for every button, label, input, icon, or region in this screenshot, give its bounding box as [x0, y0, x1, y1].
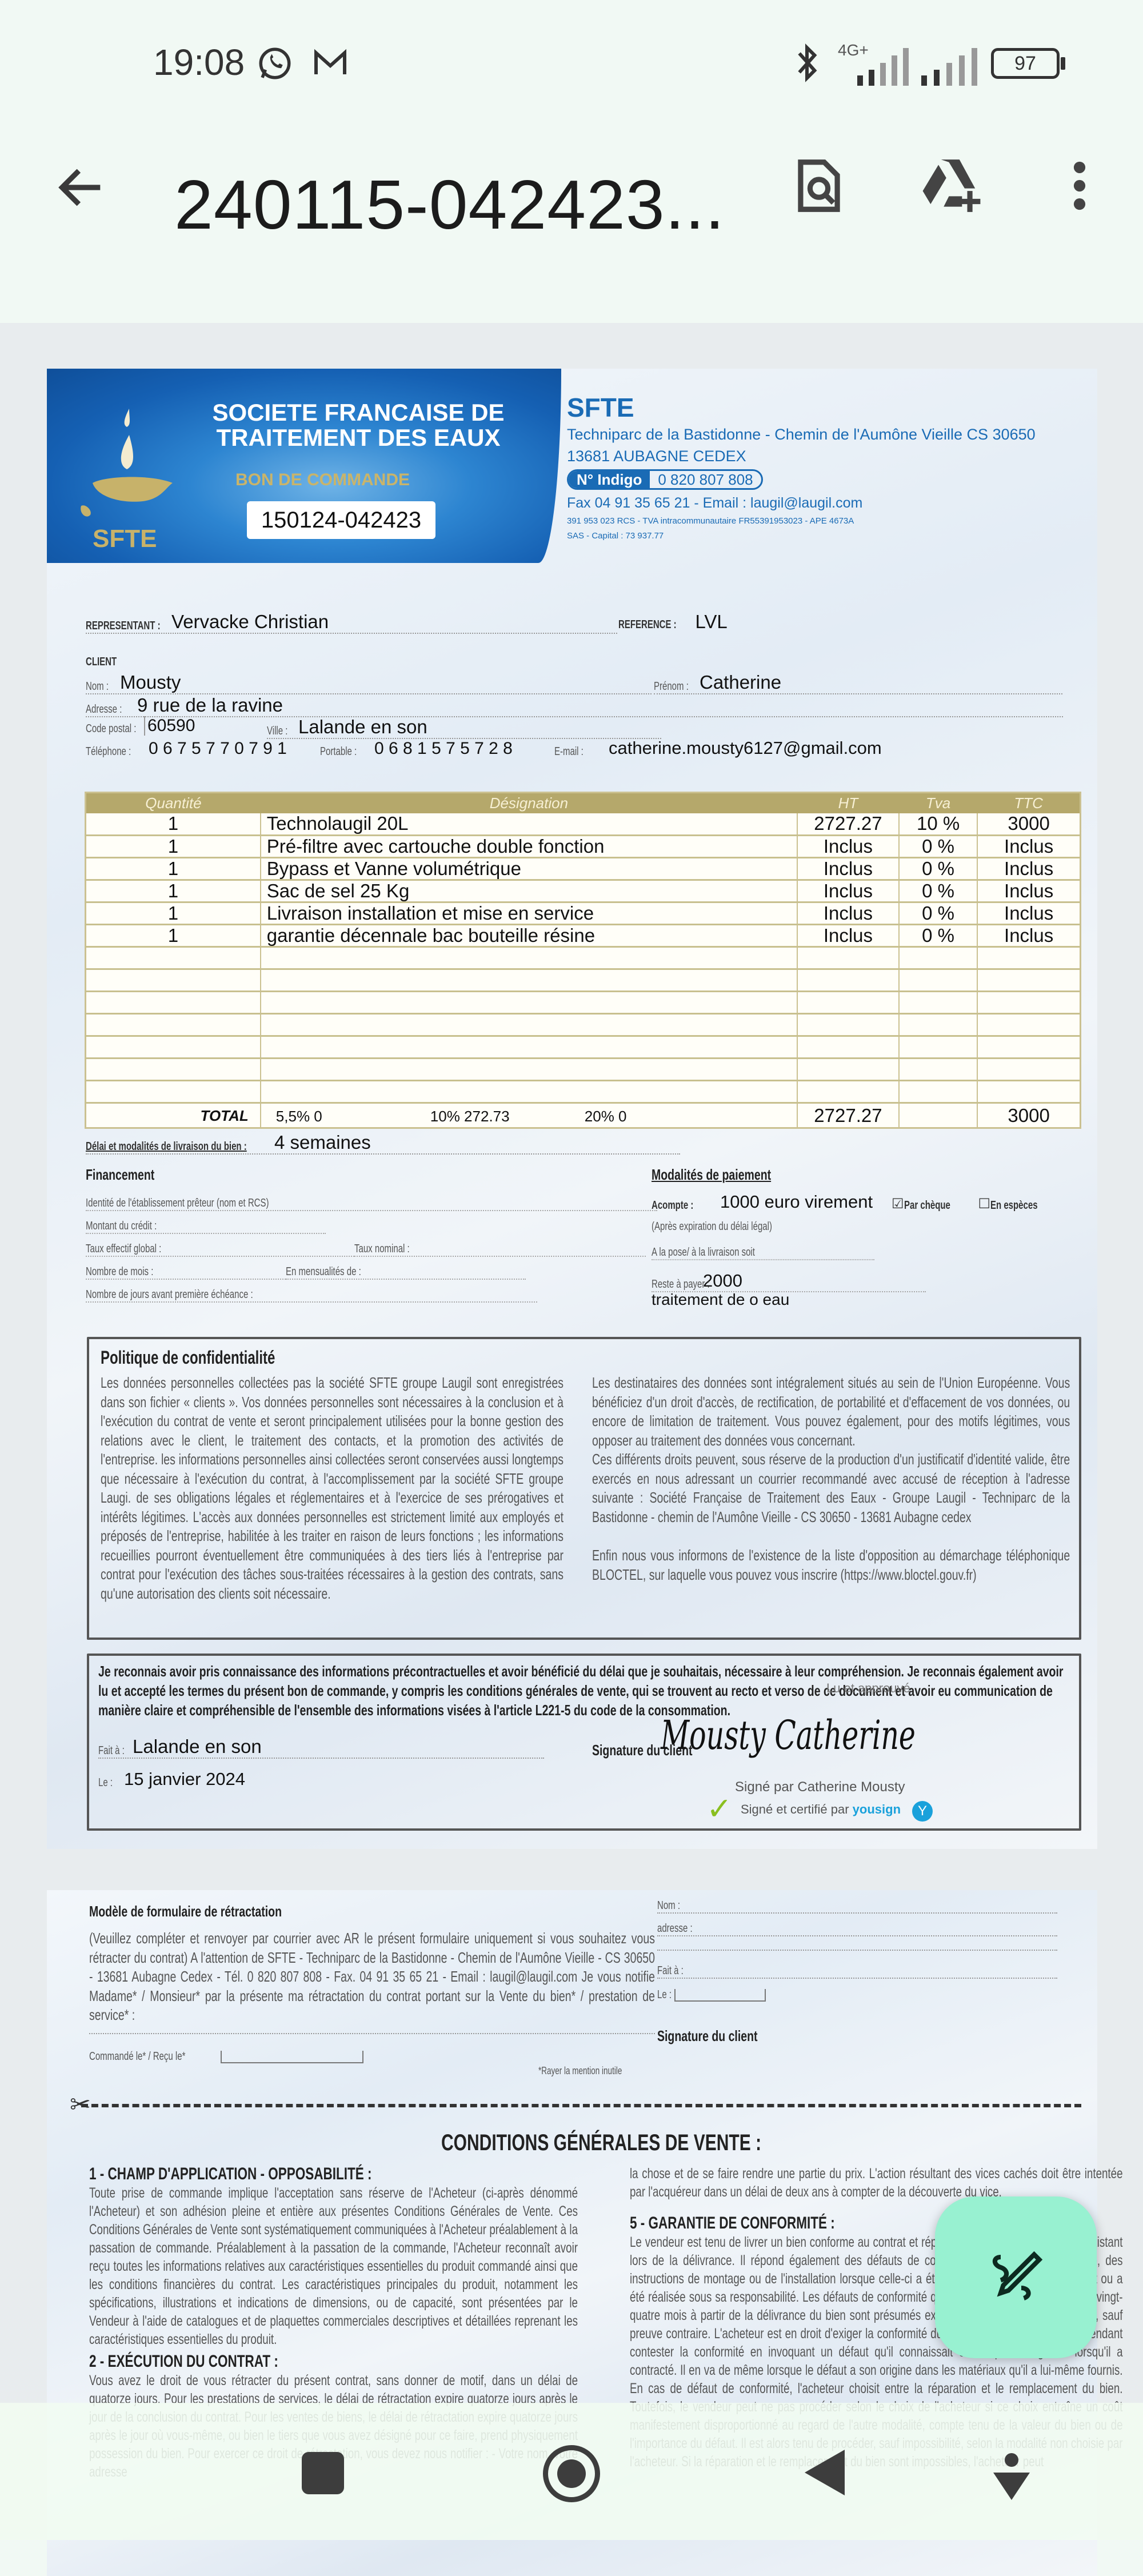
commande-label: Commandé le* / Reçu le* [89, 2050, 188, 2063]
retract-adresse-field[interactable]: adresse : [657, 1922, 1057, 1936]
privacy-box: Politique de confidentialité Les données… [87, 1337, 1081, 1640]
financement-row: Taux effectif global :Taux nominal : [86, 1234, 680, 1257]
empty-cell [977, 947, 1080, 969]
financement-field: Taux effectif global : [86, 1243, 354, 1257]
privacy-right: Les destinataires des données sont intég… [592, 1373, 1072, 1584]
fait-field: Fait à : Lalande en son [98, 1736, 544, 1759]
empty-cell [899, 1036, 977, 1059]
commande-date-field[interactable]: Commandé le* / Reçu le* [89, 2050, 363, 2063]
adresse-field: Adresse : 9 rue de la ravine [86, 694, 1063, 717]
battery-level: 97 [1014, 53, 1036, 75]
le-value: 15 janvier 2024 [124, 1769, 245, 1790]
ht-cell: Inclus [797, 858, 899, 880]
empty-cell [86, 1059, 261, 1081]
cgv-s1-text: Toute prise de commande implique l'accep… [89, 2184, 578, 2349]
tva-cell: 0 % [899, 858, 977, 880]
financement-label: Nombre de jours avant première échéance … [86, 1288, 253, 1301]
bluetooth-icon [796, 39, 818, 87]
empty-cell [899, 969, 977, 992]
signed-by-text: Signé par Catherine Mousty [735, 1779, 905, 1795]
legal-line1: 391 953 023 RCS - TVA intracommunautaire… [567, 514, 1036, 529]
retract-date-field[interactable]: Le : [657, 1988, 766, 2002]
email-label: E-mail : [554, 745, 595, 758]
financement-field: Montant du crédit : [86, 1220, 326, 1234]
nom-value: Mousty [120, 672, 181, 693]
order-number: 150124-042423 [247, 501, 435, 539]
fait-value: Lalande en son [133, 1736, 262, 1758]
qty-cell: 1 [86, 880, 261, 902]
status-bar: 19:08 4G+ 97 [0, 0, 1143, 126]
address-line2: 13681 AUBAGNE CEDEX [567, 445, 1036, 467]
empty-cell [977, 969, 1080, 992]
empty-cell [977, 1059, 1080, 1081]
financement-label: Montant du crédit : [86, 1220, 157, 1233]
portable-label: Portable : [320, 745, 361, 758]
apres-text: (Après expiration du délai légal) [652, 1220, 772, 1233]
yousign-logo-icon: Y [912, 1801, 933, 1822]
prenom-field: Prénom : Catherine [654, 672, 1062, 694]
financement-row: Identité de l'établissement prêteur (nom… [86, 1188, 680, 1211]
empty-cell [899, 1014, 977, 1036]
table-row-empty [86, 992, 1081, 1014]
ttc-cell: Inclus [977, 925, 1080, 947]
financement-field: En mensualités de : [286, 1265, 526, 1280]
adresse-value: 9 rue de la ravine [137, 694, 283, 716]
items-table: QuantitéDésignationHTTvaTTC 1Technolaugi… [85, 792, 1081, 1129]
total-ht-cell: 2727.27 [797, 1103, 899, 1128]
empty-cell [86, 969, 261, 992]
total-label: TOTAL [86, 1103, 261, 1128]
representant-value: Vervacke Christian [171, 611, 329, 633]
empty-cell [86, 1081, 261, 1103]
acompte-label: Acompte : [652, 1199, 703, 1212]
signal-icon [920, 47, 983, 87]
financement-title: Financement [86, 1166, 154, 1184]
empty-cell [977, 1036, 1080, 1059]
tva-cell: 0 % [899, 902, 977, 925]
especes-label: En espèces [990, 1199, 1038, 1212]
paiement-note: traitement de o eau [652, 1292, 1086, 1307]
empty-cell [797, 1014, 899, 1036]
privacy-left-text: Les données personnelles collectées pas … [101, 1373, 563, 1603]
table-header: QuantitéDésignationHTTvaTTC [86, 793, 1081, 813]
svg-text:SFTE: SFTE [93, 525, 157, 553]
client-signature: Mousty Catherine [661, 1712, 916, 1759]
tva-cell: 0 % [899, 925, 977, 947]
retract-le-label: Le : [657, 1988, 670, 2002]
financement-field: Nombre de jours avant première échéance … [86, 1288, 537, 1303]
acknowledgement-text: Je reconnais avoir pris connaissance des… [98, 1662, 1067, 1720]
table-row-empty [86, 1014, 1081, 1036]
empty-cell [797, 1036, 899, 1059]
financement-label: Taux effectif global : [86, 1243, 161, 1256]
financement-section: Financement Identité de l'établissement … [86, 1166, 680, 1303]
cheque-label: Par chèque [904, 1199, 960, 1212]
fait-label: Fait à : [98, 1744, 124, 1758]
search-document-icon[interactable] [788, 154, 850, 217]
financement-row: Montant du crédit : [86, 1211, 680, 1234]
empty-cell [899, 947, 977, 969]
empty-cell [797, 947, 899, 969]
retract-fait-label: Fait à : [657, 1964, 684, 1978]
signal-icon [840, 47, 914, 87]
cp-label: Code postal : [86, 722, 130, 736]
cut-line [81, 2104, 1081, 2107]
acknowledgement-box: Je reconnais avoir pris connaissance des… [87, 1654, 1081, 1831]
gmail-icon [313, 48, 347, 78]
navigation-bar [0, 2403, 1143, 2540]
ttc-cell: Inclus [977, 880, 1080, 902]
tva-cell: 0 % [899, 880, 977, 902]
document-page-1: SFTE SOCIETE FRANCAISE DE TRAITEMENT DES… [47, 369, 1097, 1849]
empty-cell [261, 947, 797, 969]
vat-amount: 5,5% 0 [261, 1106, 415, 1127]
table-row: 1Sac de sel 25 KgInclus0 %Inclus [86, 880, 1081, 902]
empty-cell [86, 947, 261, 969]
ttc-cell: Inclus [977, 902, 1080, 925]
empty-cell [797, 992, 899, 1014]
reference-label: REFERENCE : [618, 618, 674, 632]
cp-field: Code postal : 60590 [86, 716, 213, 736]
empty-cell [797, 1081, 899, 1103]
privacy-right-text-3: Enfin nous vous informons de l'existence… [592, 1546, 1070, 1584]
empty-cell [899, 1081, 977, 1103]
fax-email: Fax 04 91 35 65 21 - Email : laugil@laug… [567, 492, 1036, 514]
hide-keyboard-button[interactable] [993, 2453, 1030, 2505]
empty-cell [261, 1036, 797, 1059]
representant-field: REPRESENTANT : Vervacke Christian [86, 611, 617, 634]
company-name-line2: TRAITEMENT DES EAUX [155, 425, 561, 450]
designation-cell: Bypass et Vanne volumétrique [261, 858, 797, 880]
empty-cell [86, 1036, 261, 1059]
qty-cell: 1 [86, 858, 261, 880]
portable-value: 0 6 8 1 5 7 5 7 2 8 [374, 739, 554, 758]
table-row-empty [86, 1081, 1081, 1103]
back-button[interactable] [805, 2450, 845, 2495]
financement-field: Identité de l'établissement prêteur (nom… [86, 1197, 657, 1211]
reference-value: LVL [695, 611, 727, 632]
total-tva-cell [899, 1103, 977, 1128]
indigo-badge: N° Indigo0 820 807 808 [567, 469, 763, 490]
tel-value: 0 6 7 5 7 7 0 7 9 1 [149, 739, 320, 758]
qty-cell: 1 [86, 813, 261, 836]
ttc-cell: Inclus [977, 836, 1080, 858]
acompte-value: 1000 euro virement [720, 1192, 892, 1212]
paiement-section: Modalités de paiement Acompte : 1000 eur… [652, 1166, 1086, 1307]
add-to-drive-icon[interactable] [920, 154, 983, 217]
indigo-number: 0 820 807 808 [650, 469, 761, 490]
empty-cell [261, 992, 797, 1014]
empty-cell [977, 1081, 1080, 1103]
tva-cell: 0 % [899, 836, 977, 858]
table-body: 1Technolaugil 20L2727.2710 %30001Pré-fil… [86, 813, 1081, 1128]
ht-cell: Inclus [797, 880, 899, 902]
empty-cell [261, 969, 797, 992]
clock: 19:08 [153, 41, 245, 83]
paiement-title: Modalités de paiement [652, 1166, 771, 1184]
certified-text: Signé et certifié par yousign [741, 1802, 901, 1817]
cgv-s2-title: 2 - EXÉCUTION DU CONTRAT : [89, 2352, 278, 2371]
total-ttc-cell: 3000 [977, 1103, 1080, 1128]
delai-value: 4 semaines [274, 1132, 371, 1153]
scissors-icon: ✂ [70, 2090, 91, 2119]
retractation-line [89, 2033, 655, 2034]
representant-label: REPRESENTANT : [86, 620, 150, 633]
empty-cell [899, 992, 977, 1014]
privacy-right-text-2: Ces différents droits peuvent, sous rése… [592, 1450, 1070, 1527]
le-label: Le : [98, 1776, 118, 1790]
designation-cell: Livraison installation et mise en servic… [261, 902, 797, 925]
certified-label: Signé et certifié par [741, 1802, 849, 1816]
app-bar: 240115-042423... [0, 126, 1143, 323]
table-row: 1Livraison installation et mise en servi… [86, 902, 1081, 925]
retract-nom-label: Nom : [657, 1899, 680, 1912]
company-name-line1: SOCIETE FRANCAISE DE [155, 400, 561, 425]
financement-field: Taux nominal : [354, 1243, 646, 1257]
column-header: HT [797, 793, 899, 813]
home-dot-icon [557, 2459, 586, 2488]
privacy-right-text-1: Les destinataires des données sont intég… [592, 1373, 1070, 1450]
cheque-checkbox[interactable]: ☑ [892, 1196, 904, 1212]
home-button[interactable] [543, 2445, 600, 2502]
client-title: CLIENT [86, 656, 117, 669]
financement-row: Nombre de mois :En mensualités de : [86, 1257, 680, 1280]
ht-cell: Inclus [797, 925, 899, 947]
prenom-value: Catherine [700, 672, 781, 693]
financement-field: Nombre de mois : [86, 1265, 286, 1280]
whatsapp-icon [256, 45, 294, 82]
rayer-note: *Rayer la mention inutile [538, 2065, 622, 2077]
designation-cell: garantie décennale bac bouteille résine [261, 925, 797, 947]
qty-cell: 1 [86, 836, 261, 858]
privacy-title: Politique de confidentialité [101, 1347, 275, 1368]
cgv-s5-title: 5 - GARANTIE DE CONFORMITÉ : [630, 2214, 835, 2233]
table-row: 1Technolaugil 20L2727.2710 %3000 [86, 813, 1081, 836]
pose-label: A la pose/ à la livraison soit [652, 1246, 874, 1260]
checkmark-icon: ✓ [706, 1791, 732, 1827]
retractation-title: Modèle de formulaire de rétractation [89, 1903, 282, 1920]
empty-cell [261, 1081, 797, 1103]
yousign-brand: yousign [853, 1802, 901, 1816]
chevron-down-icon [993, 2473, 1030, 2500]
empty-cell [797, 1059, 899, 1081]
more-vert-icon[interactable] [1048, 154, 1111, 217]
doc-type: BON DE COMMANDE [235, 470, 410, 490]
nom-field: Nom : Mousty [86, 672, 652, 694]
empty-cell [899, 1059, 977, 1081]
address-line1: Techniparc de la Bastidonne - Chemin de … [567, 424, 1036, 445]
ttc-cell: 3000 [977, 813, 1080, 836]
legal-line2: SAS - Capital : 73 937.77 [567, 529, 1036, 544]
financement-label: En mensualités de : [286, 1265, 361, 1279]
signature-pen-icon [985, 2247, 1047, 2309]
retract-adresse-label: adresse : [657, 1922, 693, 1935]
vat-breakdown-cell: 5,5% 010% 272.7320% 0 [261, 1103, 797, 1128]
vat-amount: 10% 272.73 [415, 1106, 570, 1127]
ville-value: Lalande en son [298, 716, 427, 738]
fill-and-sign-button[interactable] [935, 2196, 1097, 2358]
designation-cell: Pré-filtre avec cartouche double fonctio… [261, 836, 797, 858]
ttc-cell: Inclus [977, 858, 1080, 880]
cgv-s4-text: la chose et de se faire rendre une parti… [630, 2164, 1123, 2201]
ht-cell: 2727.27 [797, 813, 899, 836]
retract-nom-field[interactable]: Nom : [657, 1899, 1057, 1914]
document-title: 240115-042423... [174, 165, 725, 245]
reference-field: REFERENCE : LVL [618, 611, 728, 633]
reste-label: Reste à payer : [652, 1278, 690, 1291]
column-header: TTC [977, 793, 1080, 813]
nom-label: Nom : [86, 680, 111, 693]
retract-signature-label: Signature du client [657, 2027, 758, 2045]
table-total-row: TOTAL5,5% 010% 272.7320% 02727.273000 [86, 1103, 1081, 1128]
retract-date-boxes[interactable] [674, 1989, 766, 2002]
empty-cell [86, 992, 261, 1014]
column-header: Quantité [86, 793, 261, 813]
cgv-title: CONDITIONS GÉNÉRALES DE VENTE : [441, 2130, 761, 2156]
tel-label: Téléphone : [86, 745, 133, 758]
dot-icon [1005, 2453, 1018, 2467]
ht-cell: Inclus [797, 902, 899, 925]
email-value: catherine.mousty6127@gmail.com [609, 738, 882, 758]
column-header: Tva [899, 793, 977, 813]
company-contact: SFTE Techniparc de la Bastidonne - Chemi… [567, 392, 1036, 544]
retract-adresse-line2[interactable] [657, 1950, 1057, 1951]
header-banner: SFTE SOCIETE FRANCAISE DE TRAITEMENT DES… [47, 369, 561, 563]
especes-checkbox[interactable]: ☐ [978, 1196, 991, 1212]
financement-label: Nombre de mois : [86, 1265, 153, 1279]
table-row: 1Bypass et Vanne volumétriqueInclus0 %In… [86, 858, 1081, 880]
company-name: SOCIETE FRANCAISE DE TRAITEMENT DES EAUX [47, 400, 561, 450]
brand: SFTE [567, 392, 1036, 424]
ville-field: Ville : Lalande en son [267, 716, 661, 739]
financement-label: Taux nominal : [354, 1243, 410, 1256]
lu-approuve-text: Lu et approuvé [826, 1681, 910, 1696]
date-field: Le : 15 janvier 2024 [98, 1769, 245, 1790]
empty-cell [261, 1059, 797, 1081]
column-header: Désignation [261, 793, 797, 813]
commande-date-boxes[interactable] [221, 2051, 363, 2063]
financement-row: Nombre de jours avant première échéance … [86, 1280, 680, 1303]
table-row: 1Pré-filtre avec cartouche double foncti… [86, 836, 1081, 858]
financement-label: Identité de l'établissement prêteur (nom… [86, 1197, 269, 1210]
recents-button[interactable] [302, 2452, 344, 2494]
tel-field: Téléphone : 0 6 7 5 7 7 0 7 9 1 Portable… [86, 738, 882, 758]
vat-amount: 20% 0 [570, 1106, 724, 1127]
empty-cell [977, 992, 1080, 1014]
retractation-text: (Veuillez compléter et renvoyer par cour… [89, 1929, 655, 2025]
cp-value: 60590 [144, 716, 213, 736]
qty-cell: 1 [86, 902, 261, 925]
table-row-empty [86, 1059, 1081, 1081]
back-arrow-icon[interactable] [53, 159, 110, 216]
ht-cell: Inclus [797, 836, 899, 858]
table-row-empty [86, 1036, 1081, 1059]
prenom-label: Prénom : [654, 680, 688, 693]
designation-cell: Sac de sel 25 Kg [261, 880, 797, 902]
tva-cell: 10 % [899, 813, 977, 836]
adresse-label: Adresse : [86, 703, 125, 716]
empty-cell [797, 969, 899, 992]
delai-label: Délai et modalités de livraison du bien … [86, 1140, 227, 1153]
designation-cell: Technolaugil 20L [261, 813, 797, 836]
battery-icon: 97 [991, 48, 1060, 79]
empty-cell [86, 1014, 261, 1036]
retract-fait-field[interactable]: Fait à : [657, 1964, 1057, 1979]
table-row-empty [86, 969, 1081, 992]
qty-cell: 1 [86, 925, 261, 947]
table-row: 1garantie décennale bac bouteille résine… [86, 925, 1081, 947]
delai-field: Délai et modalités de livraison du bien … [86, 1132, 680, 1155]
ville-label: Ville : [267, 725, 290, 738]
indigo-label: N° Indigo [569, 469, 650, 490]
empty-cell [261, 1014, 797, 1036]
cgv-s1-title: 1 - CHAMP D'APPLICATION - OPPOSABILITÉ : [89, 2164, 372, 2184]
battery-tip [1061, 57, 1065, 70]
table-row-empty [86, 947, 1081, 969]
empty-cell [977, 1014, 1080, 1036]
